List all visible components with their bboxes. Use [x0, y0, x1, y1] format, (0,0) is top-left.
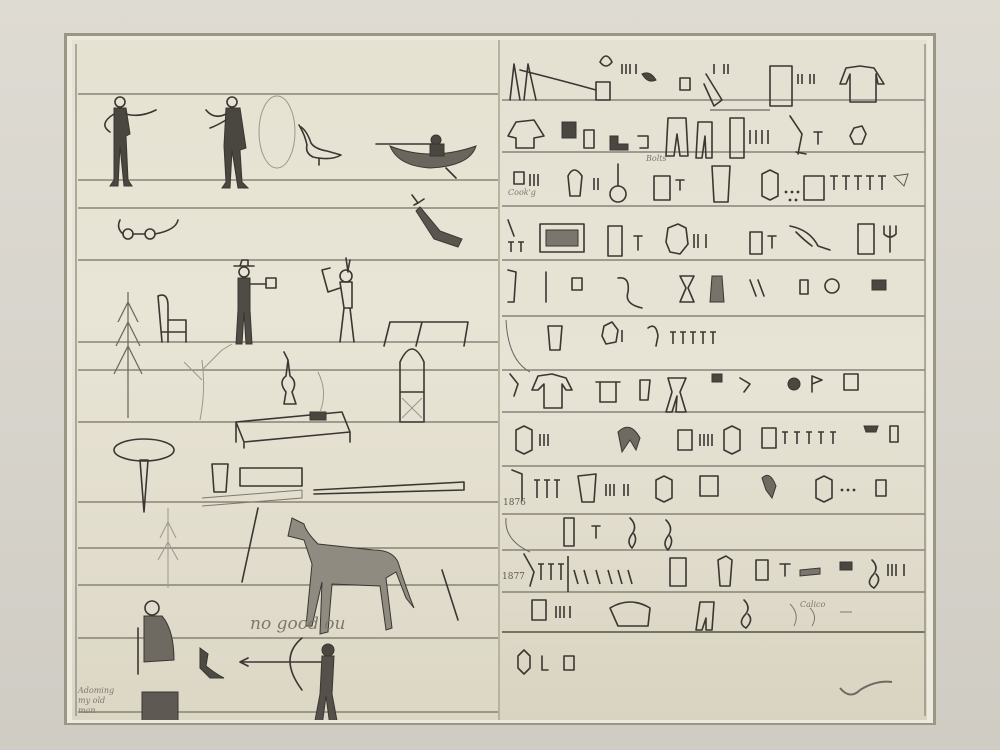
right-page-drawings [500, 40, 927, 720]
row-10-glyphs [506, 518, 672, 552]
spectacles [119, 220, 178, 239]
row-7-glyphs [510, 374, 858, 412]
bottom-glyphs [518, 650, 892, 695]
old-man-with-cane [138, 601, 178, 720]
row-5-glyphs [508, 270, 886, 308]
small-bird [200, 648, 224, 678]
row-6-glyphs [506, 320, 716, 372]
caption-no-good: no good ou [250, 614, 345, 634]
hunter-in-canoe [376, 135, 476, 178]
pine-tree [114, 292, 142, 418]
archer [240, 638, 338, 720]
man-in-suit-left [105, 97, 156, 186]
ledger-page-left: no good ou Adoming my old man [72, 40, 500, 720]
man-offering-cup [234, 260, 276, 344]
row-11-glyphs [524, 554, 904, 592]
row-4-glyphs [508, 220, 896, 256]
chair [158, 295, 186, 342]
row-8-glyphs [516, 426, 898, 454]
year-label-1876: 1876 [503, 498, 526, 508]
stick [242, 508, 258, 582]
reaching-arm [412, 195, 462, 247]
caption-old-man: Adoming my old man [78, 686, 122, 716]
caption-row3: Cook'g [508, 188, 536, 197]
caption-bolts: Bolts [646, 154, 667, 163]
row-3-glyphs [514, 164, 908, 202]
year-label-1877: 1877 [502, 572, 525, 582]
ledger-page-right: 1876 1877 Cook'g Bolts Calico [500, 40, 927, 720]
fallen-cane [442, 570, 458, 620]
goose [299, 125, 341, 165]
faint-plant [184, 344, 232, 420]
ring-and-spike [114, 439, 174, 512]
caption-calico: Calico [800, 600, 825, 609]
row-1-glyphs [510, 56, 884, 110]
row-9-glyphs [512, 470, 886, 502]
man-in-suit-right [206, 97, 248, 188]
beaded-pouch [400, 349, 424, 422]
bucket-and-plank [202, 464, 464, 506]
warrior-with-club [322, 258, 354, 342]
lamp-on-table [236, 352, 350, 448]
